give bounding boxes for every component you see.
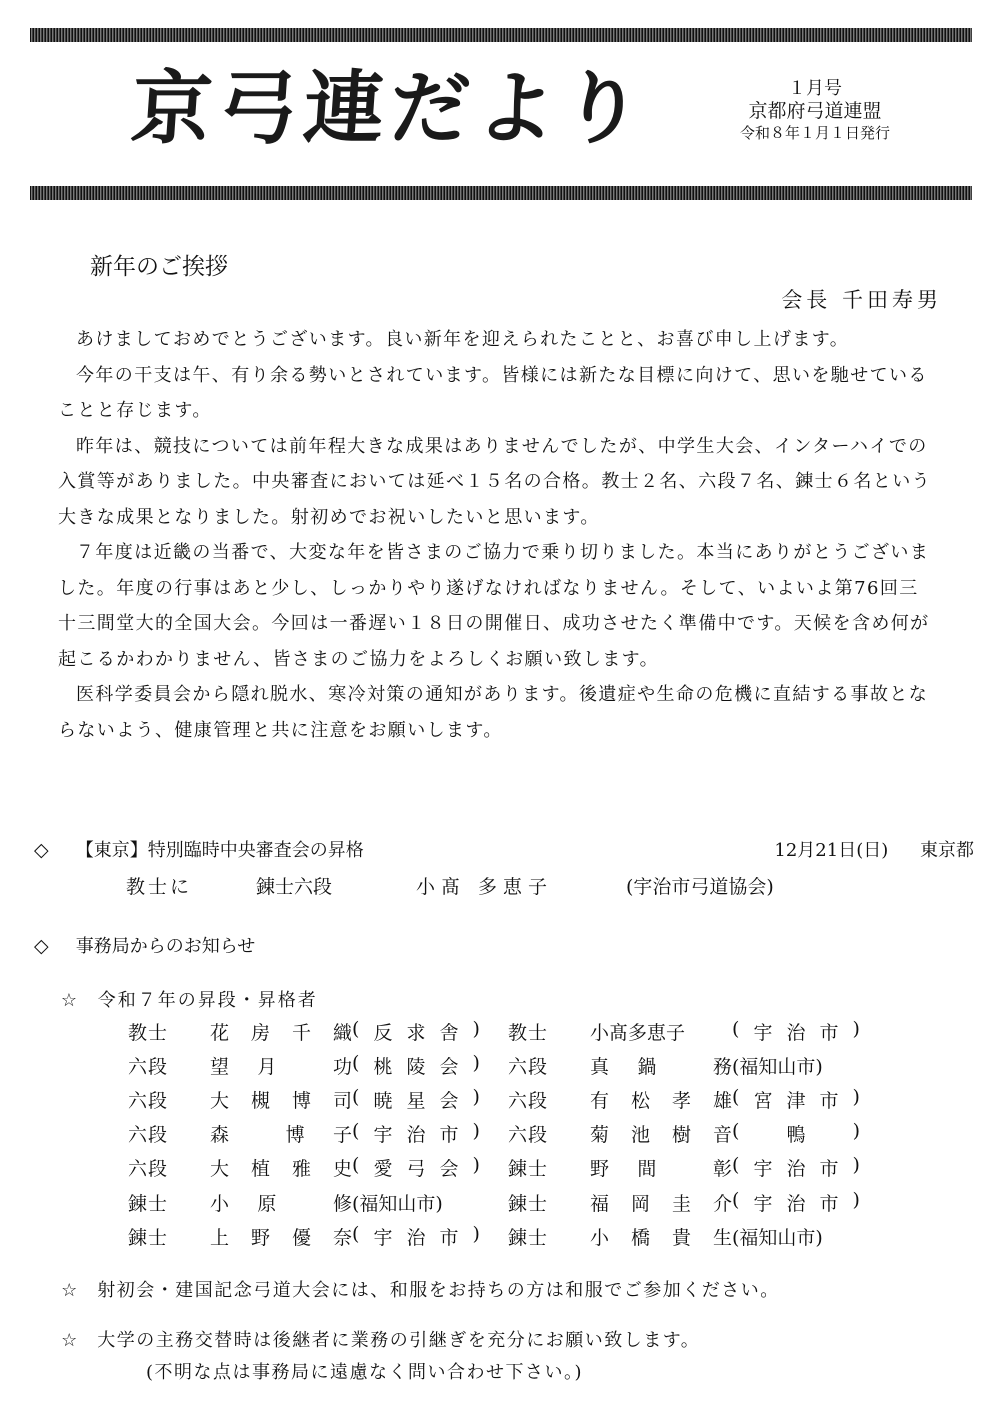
- promotion-row: 六段大槻博司(暁星会)六段有松孝雄(宮津市): [128, 1082, 888, 1116]
- affiliation-char: 求: [406, 1018, 425, 1045]
- promotion-entry: 錬士小橋貴生(福知山市): [508, 1223, 888, 1250]
- affiliation-char: (: [732, 1018, 739, 1045]
- name-char: 圭: [672, 1189, 691, 1216]
- affiliation-char: 市: [820, 1086, 839, 1113]
- section-title: 【東京】特別臨時中央審査会の昇格: [76, 840, 364, 861]
- affiliation-char: 宮: [753, 1086, 772, 1113]
- promotion-affiliation: (宮津市): [732, 1086, 860, 1113]
- affiliation-char: (: [352, 1223, 359, 1250]
- promotion-rank: 六段: [128, 1052, 210, 1079]
- promotion-entry: 錬士野間彰(宇治市): [508, 1154, 888, 1181]
- name-char: 樹: [672, 1120, 691, 1147]
- promotion-rank: 教士: [508, 1018, 590, 1045]
- affiliation-char: ): [473, 1052, 480, 1079]
- promotion-entry: 錬士小原修(福知山市): [128, 1189, 508, 1216]
- name-char: 槻: [251, 1086, 270, 1113]
- author-role: 会長: [781, 288, 831, 312]
- greeting-paragraph: ７年度は近畿の当番で、大変な年を皆さまのご協力で乗り切りました。本当にありがとう…: [58, 535, 938, 677]
- promotion-rank: 六段: [508, 1052, 590, 1079]
- name-char: 雄: [713, 1086, 732, 1113]
- name-char: 房: [251, 1018, 270, 1045]
- name-char: 博: [286, 1120, 305, 1147]
- promotion-entry: 六段菊池樹音(鴨): [508, 1120, 888, 1147]
- author-name: 千田寿男: [842, 288, 942, 312]
- star-bullet-icon: ☆: [50, 1330, 90, 1351]
- promotion-name: 花房千織: [210, 1018, 352, 1045]
- notice-kimono: ☆ 射初会・建国記念弓道大会には、和服をお持ちの方は和服でご参加ください。: [50, 1276, 780, 1302]
- name-char: 福: [590, 1189, 609, 1216]
- affiliation-char: 治: [406, 1120, 425, 1147]
- promotion-name: 小髙多恵子: [590, 1018, 732, 1045]
- name-char: 野: [590, 1154, 609, 1181]
- promotion-row: 教士花房千織(反求舎)教士小髙多恵子(宇治市): [128, 1014, 888, 1048]
- promotion-name: 上野優奈: [210, 1223, 352, 1250]
- to-rank: 教士に: [126, 872, 256, 899]
- name-char: 子: [333, 1120, 352, 1147]
- promotion-entry: 教士花房千織(反求舎): [128, 1018, 508, 1045]
- notice-text: 大学の主務交替時は後継者に業務の引継ぎを充分にお願い致します。: [97, 1330, 700, 1351]
- promotion-entry: 六段有松孝雄(宮津市): [508, 1086, 888, 1113]
- affiliation-char: (: [352, 1154, 359, 1181]
- affiliation-char: 愛: [373, 1154, 392, 1181]
- promotion-entry: 錬士福岡圭介(宇治市): [508, 1189, 888, 1216]
- greeting-paragraph: 今年の干支は午、有り余る勢いとされています。皆様には新たな目標に向けて、思いを馳…: [58, 358, 938, 429]
- promotion-rank: 六段: [128, 1154, 210, 1181]
- name-char: 彰: [713, 1154, 732, 1181]
- affiliation-char: (福知山市): [352, 1189, 443, 1216]
- name-char: 介: [713, 1189, 732, 1216]
- affiliation-char: (: [352, 1018, 359, 1045]
- office-notice-section: ◇ 事務局からのお知らせ: [34, 932, 255, 958]
- promotions-heading: ☆ 令和７年の昇段・昇格者: [50, 986, 318, 1012]
- member-affiliation: (宇治市弓道協会): [626, 872, 774, 899]
- affiliation-char: ): [853, 1120, 860, 1147]
- affiliation-char: 会: [440, 1052, 459, 1079]
- promotions-title: 令和７年の昇段・昇格者: [98, 990, 318, 1011]
- name-char: 有: [590, 1086, 609, 1113]
- affiliation-char: 反: [373, 1018, 392, 1045]
- promotion-affiliation: (福知山市): [352, 1189, 480, 1216]
- name-char: 音: [713, 1120, 732, 1147]
- promotion-name: 小橋貴生: [590, 1223, 732, 1250]
- name-char: 孝: [672, 1086, 691, 1113]
- promotion-name: 有松孝雄: [590, 1086, 732, 1113]
- promotion-row: 六段望月功(桃陵会)六段真鍋務(福知山市): [128, 1048, 888, 1082]
- promotion-entry: 六段大植雅史(愛弓会): [128, 1154, 508, 1181]
- affiliation-char: (福知山市): [732, 1052, 823, 1079]
- promotion-affiliation: (愛弓会): [352, 1154, 480, 1181]
- promotion-name: 望月功: [210, 1052, 352, 1079]
- promotion-affiliation: (福知山市): [732, 1223, 860, 1250]
- promotion-entry: 教士小髙多恵子(宇治市): [508, 1018, 888, 1045]
- promotion-name: 野間彰: [590, 1154, 732, 1181]
- name-char: 池: [631, 1120, 650, 1147]
- affiliation-char: 星: [406, 1086, 425, 1113]
- promotion-rank: 錬士: [508, 1154, 590, 1181]
- affiliation-char: 市: [440, 1120, 459, 1147]
- newsletter-title: 京弓連だより: [129, 58, 652, 158]
- promotion-affiliation: (桃陵会): [352, 1052, 480, 1079]
- affiliation-char: (福知山市): [732, 1223, 823, 1250]
- name-char: 鍋: [637, 1052, 656, 1079]
- affiliation-char: 市: [820, 1154, 839, 1181]
- promotion-rank: 錬士: [508, 1223, 590, 1250]
- name-char: 修: [333, 1189, 352, 1216]
- affiliation-char: 会: [440, 1154, 459, 1181]
- name-char: 間: [637, 1154, 656, 1181]
- promotion-affiliation: (宇治市): [352, 1120, 480, 1147]
- name-char: 千: [292, 1018, 311, 1045]
- affiliation-char: ): [473, 1018, 480, 1045]
- notice-subtext: (不明な点は事務局に遠慮なく問い合わせ下さい。): [146, 1358, 583, 1384]
- name-char: 奈: [333, 1223, 352, 1250]
- masthead-top-border: [30, 28, 972, 42]
- promotion-rank: 六段: [508, 1120, 590, 1147]
- affiliation-char: (: [732, 1120, 739, 1147]
- promotion-name: 大植雅史: [210, 1154, 352, 1181]
- name-char: 生: [713, 1223, 732, 1250]
- central-exam-section: ◇ 【東京】特別臨時中央審査会の昇格 12月21日(日) 東京都 教士に 錬士六…: [34, 836, 974, 899]
- affiliation-char: (: [352, 1052, 359, 1079]
- affiliation-char: 宇: [373, 1223, 392, 1250]
- promotion-rank: 六段: [128, 1086, 210, 1113]
- promotion-rank: 教士: [128, 1018, 210, 1045]
- name-char: 望: [210, 1052, 229, 1079]
- name-char: 雅: [292, 1154, 311, 1181]
- masthead-bottom-border: [30, 186, 972, 200]
- promotion-name: 小原修: [210, 1189, 352, 1216]
- affiliation-char: 治: [786, 1018, 805, 1045]
- affiliation-char: ): [473, 1120, 480, 1147]
- affiliation-char: 宇: [753, 1018, 772, 1045]
- promotion-entry: 六段真鍋務(福知山市): [508, 1052, 888, 1079]
- affiliation-char: 津: [786, 1086, 805, 1113]
- affiliation-char: (: [732, 1189, 739, 1216]
- diamond-bullet-icon: ◇: [34, 839, 70, 861]
- exam-date: 12月21日(日): [774, 840, 888, 861]
- name-char: 優: [292, 1223, 311, 1250]
- exam-location: 東京都: [920, 840, 974, 861]
- promotion-rank: 錬士: [128, 1189, 210, 1216]
- promotion-affiliation: (宇治市): [732, 1154, 860, 1181]
- notice-text: 射初会・建国記念弓道大会には、和服をお持ちの方は和服でご参加ください。: [97, 1280, 780, 1301]
- exam-result-row: 教士に 錬士六段 小髙 多恵子 (宇治市弓道協会): [34, 872, 974, 899]
- notice-handover: ☆ 大学の主務交替時は後継者に業務の引継ぎを充分にお願い致します。: [50, 1326, 700, 1352]
- promotion-entry: 六段森博子(宇治市): [128, 1120, 508, 1147]
- organization-name: 京都府弓道連盟: [700, 100, 930, 122]
- affiliation-char: 会: [440, 1086, 459, 1113]
- name-char: 橋: [631, 1223, 650, 1250]
- name-char: 功: [333, 1052, 352, 1079]
- star-bullet-icon: ☆: [50, 990, 90, 1011]
- member-name: 小髙 多恵子: [416, 872, 626, 899]
- name-char: 史: [333, 1154, 352, 1181]
- affiliation-char: 鴨: [786, 1120, 805, 1147]
- affiliation-char: 治: [406, 1223, 425, 1250]
- affiliation-char: 暁: [373, 1086, 392, 1113]
- affiliation-char: 桃: [373, 1052, 392, 1079]
- from-rank: 錬士六段: [256, 872, 416, 899]
- name-char: 司: [333, 1086, 352, 1113]
- affiliation-char: ): [853, 1018, 860, 1045]
- name-char: 岡: [631, 1189, 650, 1216]
- promotion-name: 真鍋務: [590, 1052, 732, 1079]
- name-char: 上: [210, 1223, 229, 1250]
- affiliation-char: (: [352, 1086, 359, 1113]
- name-char: 植: [251, 1154, 270, 1181]
- affiliation-char: ): [853, 1154, 860, 1181]
- affiliation-char: 弓: [406, 1154, 425, 1181]
- promotion-rank: 六段: [128, 1120, 210, 1147]
- promotion-rank: 錬士: [128, 1223, 210, 1250]
- promotion-row: 錬士小原修(福知山市)錬士福岡圭介(宇治市): [128, 1185, 888, 1219]
- name-char: 貴: [672, 1223, 691, 1250]
- name-char: 花: [210, 1018, 229, 1045]
- affiliation-char: 市: [820, 1018, 839, 1045]
- name-char: 月: [257, 1052, 276, 1079]
- affiliation-char: (: [732, 1154, 739, 1181]
- affiliation-char: 陵: [406, 1052, 425, 1079]
- promotion-affiliation: (宇治市): [732, 1189, 860, 1216]
- promotion-rank: 六段: [508, 1086, 590, 1113]
- greeting-author: 会長 千田寿男: [781, 284, 942, 314]
- name-char: 小髙多恵子: [590, 1018, 685, 1045]
- name-char: 小: [210, 1189, 229, 1216]
- affiliation-char: (: [732, 1086, 739, 1113]
- promotion-name: 大槻博司: [210, 1086, 352, 1113]
- promotion-entry: 六段望月功(桃陵会): [128, 1052, 508, 1079]
- diamond-bullet-icon: ◇: [34, 935, 70, 957]
- promotion-row: 錬士上野優奈(宇治市)錬士小橋貴生(福知山市): [128, 1219, 888, 1253]
- affiliation-char: 治: [786, 1154, 805, 1181]
- name-char: 大: [210, 1086, 229, 1113]
- name-char: 森: [210, 1120, 229, 1147]
- name-char: 務: [713, 1052, 732, 1079]
- promotions-list: 教士花房千織(反求舎)教士小髙多恵子(宇治市)六段望月功(桃陵会)六段真鍋務(福…: [128, 1014, 888, 1253]
- promotion-name: 福岡圭介: [590, 1189, 732, 1216]
- name-char: 菊: [590, 1120, 609, 1147]
- promotion-entry: 六段大槻博司(暁星会): [128, 1086, 508, 1113]
- name-char: 原: [257, 1189, 276, 1216]
- affiliation-char: 市: [440, 1223, 459, 1250]
- name-char: 小: [590, 1223, 609, 1250]
- promotion-name: 森博子: [210, 1120, 352, 1147]
- issue-info: １月号 京都府弓道連盟 令和８年１月１日発行: [700, 78, 930, 144]
- affiliation-char: 宇: [753, 1189, 772, 1216]
- affiliation-char: ): [473, 1154, 480, 1181]
- affiliation-char: (: [352, 1120, 359, 1147]
- promotion-affiliation: (反求舎): [352, 1018, 480, 1045]
- affiliation-char: ): [473, 1086, 480, 1113]
- name-char: 松: [631, 1086, 650, 1113]
- promotion-affiliation: (宇治市): [732, 1018, 860, 1045]
- greeting-paragraph: 医科学委員会から隠れ脱水、寒冷対策の通知があります。後遺症や生命の危機に直結する…: [58, 677, 938, 748]
- greeting-body: あけましておめでとうございます。良い新年を迎えられたことと、お喜び申し上げます。…: [58, 322, 938, 748]
- affiliation-char: 治: [786, 1189, 805, 1216]
- affiliation-char: 宇: [753, 1154, 772, 1181]
- name-char: 織: [333, 1018, 352, 1045]
- name-char: 博: [292, 1086, 311, 1113]
- promotion-rank: 錬士: [508, 1189, 590, 1216]
- issue-number: １月号: [700, 78, 930, 100]
- affiliation-char: 舎: [440, 1018, 459, 1045]
- affiliation-char: ): [853, 1189, 860, 1216]
- promotion-name: 菊池樹音: [590, 1120, 732, 1147]
- star-bullet-icon: ☆: [50, 1280, 90, 1301]
- section-title: 事務局からのお知らせ: [76, 936, 255, 957]
- promotion-affiliation: (鴨): [732, 1120, 860, 1147]
- promotion-affiliation: (暁星会): [352, 1086, 480, 1113]
- affiliation-char: ): [473, 1223, 480, 1250]
- greeting-paragraph: 昨年は、競技については前年程大きな成果はありませんでしたが、中学生大会、インター…: [58, 429, 938, 536]
- promotion-affiliation: (宇治市): [352, 1223, 480, 1250]
- name-char: 野: [251, 1223, 270, 1250]
- name-char: 大: [210, 1154, 229, 1181]
- publish-date: 令和８年１月１日発行: [700, 122, 930, 144]
- affiliation-char: 市: [820, 1189, 839, 1216]
- promotion-entry: 錬士上野優奈(宇治市): [128, 1223, 508, 1250]
- name-char: 真: [590, 1052, 609, 1079]
- affiliation-char: ): [853, 1086, 860, 1113]
- promotion-affiliation: (福知山市): [732, 1052, 860, 1079]
- promotion-row: 六段森博子(宇治市)六段菊池樹音(鴨): [128, 1117, 888, 1151]
- greeting-title: 新年のご挨拶: [90, 248, 228, 281]
- greeting-paragraph: あけましておめでとうございます。良い新年を迎えられたことと、お喜び申し上げます。: [58, 322, 938, 358]
- affiliation-char: 宇: [373, 1120, 392, 1147]
- promotion-row: 六段大植雅史(愛弓会)錬士野間彰(宇治市): [128, 1151, 888, 1185]
